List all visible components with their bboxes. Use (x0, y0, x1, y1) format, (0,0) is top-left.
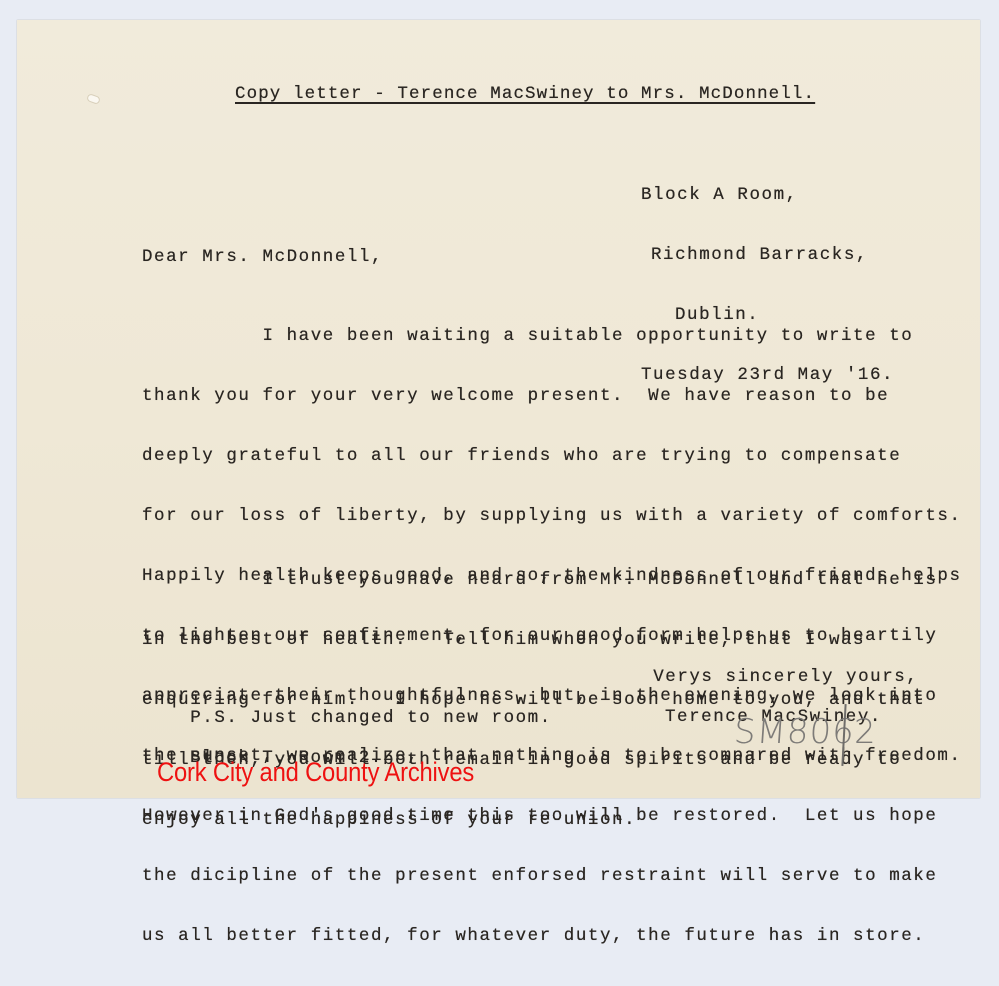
paragraph-line: I have been waiting a suitable opportuni… (142, 326, 962, 346)
punch-hole (86, 93, 101, 105)
paragraph-line: deeply grateful to all our friends who a… (142, 446, 962, 466)
address-line-barracks: Richmond Barracks, (651, 245, 894, 265)
postscript-line-1: P.S. Just changed to new room. (190, 708, 552, 728)
address-line-room: Block A Room, (641, 185, 894, 205)
salutation: Dear Mrs. McDonnell, (142, 247, 383, 267)
document-title: Copy letter - Terence MacSwiney to Mrs. … (235, 84, 815, 104)
paragraph-line: enjoy all the happiness of your re-union… (142, 810, 937, 815)
letter-page: Copy letter - Terence MacSwiney to Mrs. … (17, 20, 980, 798)
valediction: Verys sincerely yours, (653, 667, 918, 687)
paragraph-line: for our loss of liberty, by supplying us… (142, 506, 962, 526)
paragraph-line: thank you for your very welcome present.… (142, 386, 962, 406)
postscript: P.S. Just changed to new room. Block T. … (142, 688, 552, 808)
archive-reference-suffix: 2 (854, 712, 876, 752)
archive-reference-number: SM806 (733, 712, 857, 752)
archive-watermark: Cork City and County Archives (157, 757, 474, 788)
paragraph-line: I trust you have heard from Mr. McDonnel… (142, 570, 937, 590)
